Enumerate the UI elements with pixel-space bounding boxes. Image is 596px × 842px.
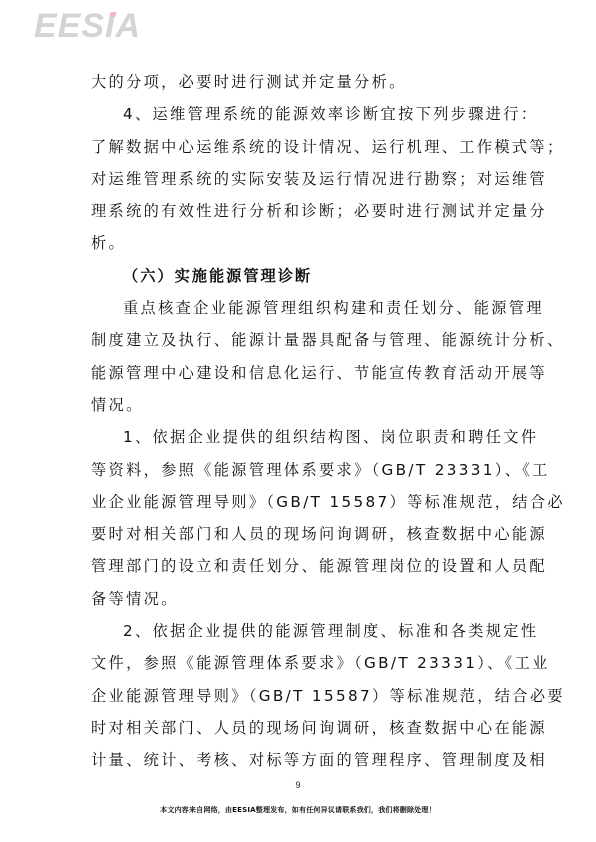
paragraph-line: 时对相关部门、人员的现场问询调研，核查数据中心在能源 bbox=[91, 712, 509, 744]
paragraph-line: 制度建立及执行、能源计量器具配备与管理、能源统计分析、 bbox=[91, 324, 509, 356]
line-text: 时对相关部门、人员的现场问询调研，核查数据中心在能源 bbox=[91, 719, 547, 737]
line-text: 业企业能源管理导则》（GB/T 15587）等标准规范，结合必 bbox=[91, 493, 565, 511]
document-body: 大的分项，必要时进行测试并定量分析。 4、运维管理系统的能源效率诊断宜按下列步骤… bbox=[91, 66, 509, 777]
paragraph-line: 企业能源管理导则》（GB/T 15587）等标准规范，结合必要 bbox=[91, 680, 509, 712]
paragraph-line: 业企业能源管理导则》（GB/T 15587）等标准规范，结合必 bbox=[91, 486, 509, 518]
paragraph-line: 了解数据中心运维系统的设计情况、运行机理、工作模式等； bbox=[91, 131, 509, 163]
paragraph-line: 要时对相关部门和人员的现场问询调研，核查数据中心能源 bbox=[91, 518, 509, 550]
paragraph-line: 重点核查企业能源管理组织构建和责任划分、能源管理 bbox=[91, 292, 509, 324]
line-text: 4、运维管理系统的能源效率诊断宜按下列步骤进行： bbox=[123, 105, 538, 123]
paragraph-line: 理系统的有效性进行分析和诊断；必要时进行测试并定量分 bbox=[91, 195, 509, 227]
line-text: 1、依据企业提供的组织结构图、岗位职责和聘任文件 bbox=[123, 428, 538, 446]
eesia-logo: EESIA bbox=[34, 6, 141, 46]
section-heading: （六）实施能源管理诊断 bbox=[91, 260, 509, 292]
line-text: 制度建立及执行、能源计量器具配备与管理、能源统计分析、 bbox=[91, 331, 565, 349]
footer-disclaimer: 本文内容来自网络，由EESIA整理发布，如有任何异议请联系我们，我们将删除处理！ bbox=[0, 805, 596, 815]
paragraph-line: 析。 bbox=[91, 227, 509, 259]
paragraph-line: 情况。 bbox=[91, 389, 509, 421]
line-text: 管理部门的设立和责任划分、能源管理岗位的设置和人员配 bbox=[91, 557, 547, 575]
paragraph-line: 备等情况。 bbox=[91, 583, 509, 615]
paragraph-line: 计量、统计、考核、对标等方面的管理程序、管理制度及相 bbox=[91, 744, 509, 776]
line-text: 理系统的有效性进行分析和诊断；必要时进行测试并定量分 bbox=[91, 202, 547, 220]
line-text: 了解数据中心运维系统的设计情况、运行机理、工作模式等； bbox=[91, 138, 565, 156]
line-text: 情况。 bbox=[91, 396, 144, 414]
paragraph-line: 1、依据企业提供的组织结构图、岗位职责和聘任文件 bbox=[91, 421, 509, 453]
logo-text: EESIA bbox=[34, 7, 141, 45]
paragraph-line: 2、依据企业提供的能源管理制度、标准和各类规定性 bbox=[91, 615, 509, 647]
line-text: 对运维管理系统的实际安装及运行情况进行勘察；对运维管 bbox=[91, 170, 547, 188]
line-text: 重点核查企业能源管理组织构建和责任划分、能源管理 bbox=[123, 299, 544, 317]
heading-text: （六）实施能源管理诊断 bbox=[123, 267, 312, 285]
line-text: 析。 bbox=[91, 234, 126, 252]
paragraph-line: 文件，参照《能源管理体系要求》（GB/T 23331）、《工业 bbox=[91, 647, 509, 679]
line-text: 等资料，参照《能源管理体系要求》（GB/T 23331）、《工 bbox=[91, 461, 550, 479]
line-text: 备等情况。 bbox=[91, 590, 179, 608]
line-text: 计量、统计、考核、对标等方面的管理程序、管理制度及相 bbox=[91, 751, 547, 769]
paragraph-line: 4、运维管理系统的能源效率诊断宜按下列步骤进行： bbox=[91, 98, 509, 130]
paragraph-line: 大的分项，必要时进行测试并定量分析。 bbox=[91, 66, 509, 98]
page-number: 9 bbox=[0, 780, 596, 790]
line-text: 大的分项，必要时进行测试并定量分析。 bbox=[91, 73, 407, 91]
line-text: 企业能源管理导则》（GB/T 15587）等标准规范，结合必要 bbox=[91, 687, 565, 705]
paragraph-line: 管理部门的设立和责任划分、能源管理岗位的设置和人员配 bbox=[91, 550, 509, 582]
line-text: 能源管理中心建设和信息化运行、节能宣传教育活动开展等 bbox=[91, 364, 547, 382]
paragraph-line: 对运维管理系统的实际安装及运行情况进行勘察；对运维管 bbox=[91, 163, 509, 195]
paragraph-line: 等资料，参照《能源管理体系要求》（GB/T 23331）、《工 bbox=[91, 454, 509, 486]
line-text: 2、依据企业提供的能源管理制度、标准和各类规定性 bbox=[123, 622, 538, 640]
line-text: 要时对相关部门和人员的现场问询调研，核查数据中心能源 bbox=[91, 525, 547, 543]
paragraph-line: 能源管理中心建设和信息化运行、节能宣传教育活动开展等 bbox=[91, 357, 509, 389]
line-text: 文件，参照《能源管理体系要求》（GB/T 23331）、《工业 bbox=[91, 654, 550, 672]
